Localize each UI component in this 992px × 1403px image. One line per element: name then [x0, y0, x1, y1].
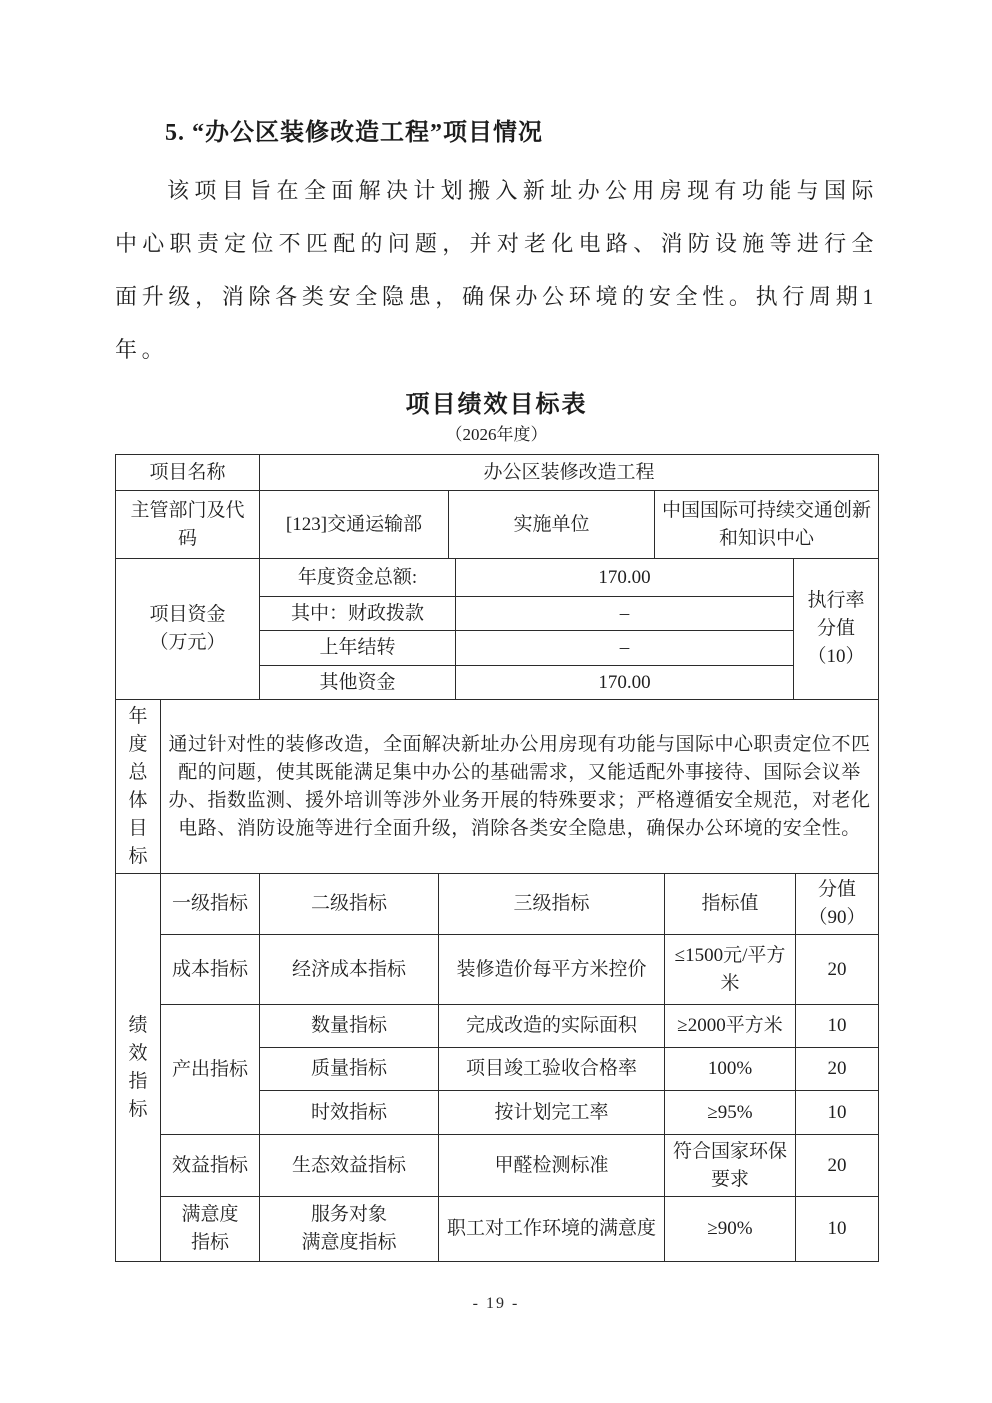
score-cell: 10	[796, 1197, 879, 1262]
l3-cell: 甲醛检测标准	[439, 1135, 665, 1197]
impl-unit-value: 中国国际可持续交通创新 和知识中心	[655, 491, 879, 559]
l3-cell: 装修造价每平方米控价	[439, 935, 665, 1005]
funds-row-total: 项目资金 （万元） 年度资金总额: 170.00 执行率 分值 （10）	[116, 559, 879, 597]
value-cell: ≥90%	[665, 1197, 796, 1262]
score-cell: 20	[796, 935, 879, 1005]
header-level2: 二级指标	[260, 874, 439, 935]
funds-total-value: 170.00	[456, 559, 794, 597]
l2-cell: 时效指标	[260, 1091, 439, 1135]
project-funds-table: 项目资金 （万元） 年度资金总额: 170.00 执行率 分值 （10） 其中：…	[115, 558, 879, 700]
annual-goal-row: 年 度 总 体 目 标 通过针对性的装修改造，全面解决新址办公用房现有功能与国际…	[116, 700, 879, 874]
indicators-header-row: 绩 效 指 标 一级指标 二级指标 三级指标 指标值 分值 （90）	[116, 874, 879, 935]
value-cell: 100%	[665, 1048, 796, 1091]
value-cell: ≤1500元/平方米	[665, 935, 796, 1005]
header-level3: 三级指标	[439, 874, 665, 935]
department-label: 主管部门及代 码	[116, 491, 260, 559]
l3-cell: 完成改造的实际面积	[439, 1005, 665, 1048]
l1-cell: 成本指标	[161, 935, 260, 1005]
l3-cell: 项目竣工验收合格率	[439, 1048, 665, 1091]
page-number: - 19 -	[0, 1295, 992, 1313]
l2-cell: 经济成本指标	[260, 935, 439, 1005]
annual-goal-label: 年 度 总 体 目 标	[116, 700, 161, 874]
project-name-row: 项目名称 办公区装修改造工程	[116, 455, 879, 491]
funds-label: 项目资金 （万元）	[116, 559, 260, 700]
annual-goal-text: 通过针对性的装修改造，全面解决新址办公用房现有功能与国际中心职责定位不匹配的问题…	[161, 700, 879, 874]
l2-cell: 服务对象 满意度指标	[260, 1197, 439, 1262]
score-cell: 10	[796, 1005, 879, 1048]
annual-goal-table: 年 度 总 体 目 标 通过针对性的装修改造，全面解决新址办公用房现有功能与国际…	[115, 699, 879, 874]
funds-fiscal-value: –	[456, 597, 794, 631]
indicator-row-benefit: 效益指标 生态效益指标 甲醛检测标准 符合国家环保要求 20	[116, 1135, 879, 1197]
intro-paragraph: 该项目旨在全面解决计划搬入新址办公用房现有功能与国际中心职责定位不匹配的问题，并…	[115, 164, 878, 376]
project-name-value: 办公区装修改造工程	[260, 455, 879, 491]
funds-total-label: 年度资金总额:	[260, 559, 456, 597]
score-cell: 20	[796, 1048, 879, 1091]
funds-fiscal-label: 其中：财政拨款	[260, 597, 456, 631]
funds-other-label: 其他资金	[260, 666, 456, 700]
header-level1: 一级指标	[161, 874, 260, 935]
value-cell: 符合国家环保要求	[665, 1135, 796, 1197]
funds-carryover-value: –	[456, 631, 794, 666]
funds-other-value: 170.00	[456, 666, 794, 700]
l1-cell: 满意度 指标	[161, 1197, 260, 1262]
l3-cell: 按计划完工率	[439, 1091, 665, 1135]
indicator-row-satisfaction: 满意度 指标 服务对象 满意度指标 职工对工作环境的满意度 ≥90% 10	[116, 1197, 879, 1262]
funds-carryover-label: 上年结转	[260, 631, 456, 666]
header-value: 指标值	[665, 874, 796, 935]
indicator-row-quantity: 产出指标 数量指标 完成改造的实际面积 ≥2000平方米 10	[116, 1005, 879, 1048]
score-cell: 10	[796, 1091, 879, 1135]
impl-unit-label: 实施单位	[449, 491, 655, 559]
document-page: 5. “办公区装修改造工程”项目情况 该项目旨在全面解决计划搬入新址办公用房现有…	[0, 0, 992, 1403]
execution-rate-score-label: 执行率 分值 （10）	[794, 559, 879, 700]
indicators-table: 绩 效 指 标 一级指标 二级指标 三级指标 指标值 分值 （90） 成本指标 …	[115, 873, 879, 1262]
value-cell: ≥95%	[665, 1091, 796, 1135]
performance-indicators-label: 绩 效 指 标	[116, 874, 161, 1262]
table-title: 项目绩效目标表	[115, 388, 878, 422]
l3-cell: 职工对工作环境的满意度	[439, 1197, 665, 1262]
header-score: 分值 （90）	[796, 874, 879, 935]
score-cell: 20	[796, 1135, 879, 1197]
department-row: 主管部门及代 码 [123]交通运输部 实施单位 中国国际可持续交通创新 和知识…	[116, 491, 879, 559]
l1-cell: 效益指标	[161, 1135, 260, 1197]
section-heading: 5. “办公区装修改造工程”项目情况	[115, 112, 878, 154]
project-name-label: 项目名称	[116, 455, 260, 491]
indicator-row-cost: 成本指标 经济成本指标 装修造价每平方米控价 ≤1500元/平方米 20	[116, 935, 879, 1005]
value-cell: ≥2000平方米	[665, 1005, 796, 1048]
l2-cell: 生态效益指标	[260, 1135, 439, 1197]
table-subtitle: （2026年度）	[115, 422, 878, 448]
project-info-table: 项目名称 办公区装修改造工程 主管部门及代 码 [123]交通运输部 实施单位 …	[115, 454, 879, 559]
l2-cell: 质量指标	[260, 1048, 439, 1091]
department-value: [123]交通运输部	[260, 491, 449, 559]
l2-cell: 数量指标	[260, 1005, 439, 1048]
l1-cell: 产出指标	[161, 1005, 260, 1135]
